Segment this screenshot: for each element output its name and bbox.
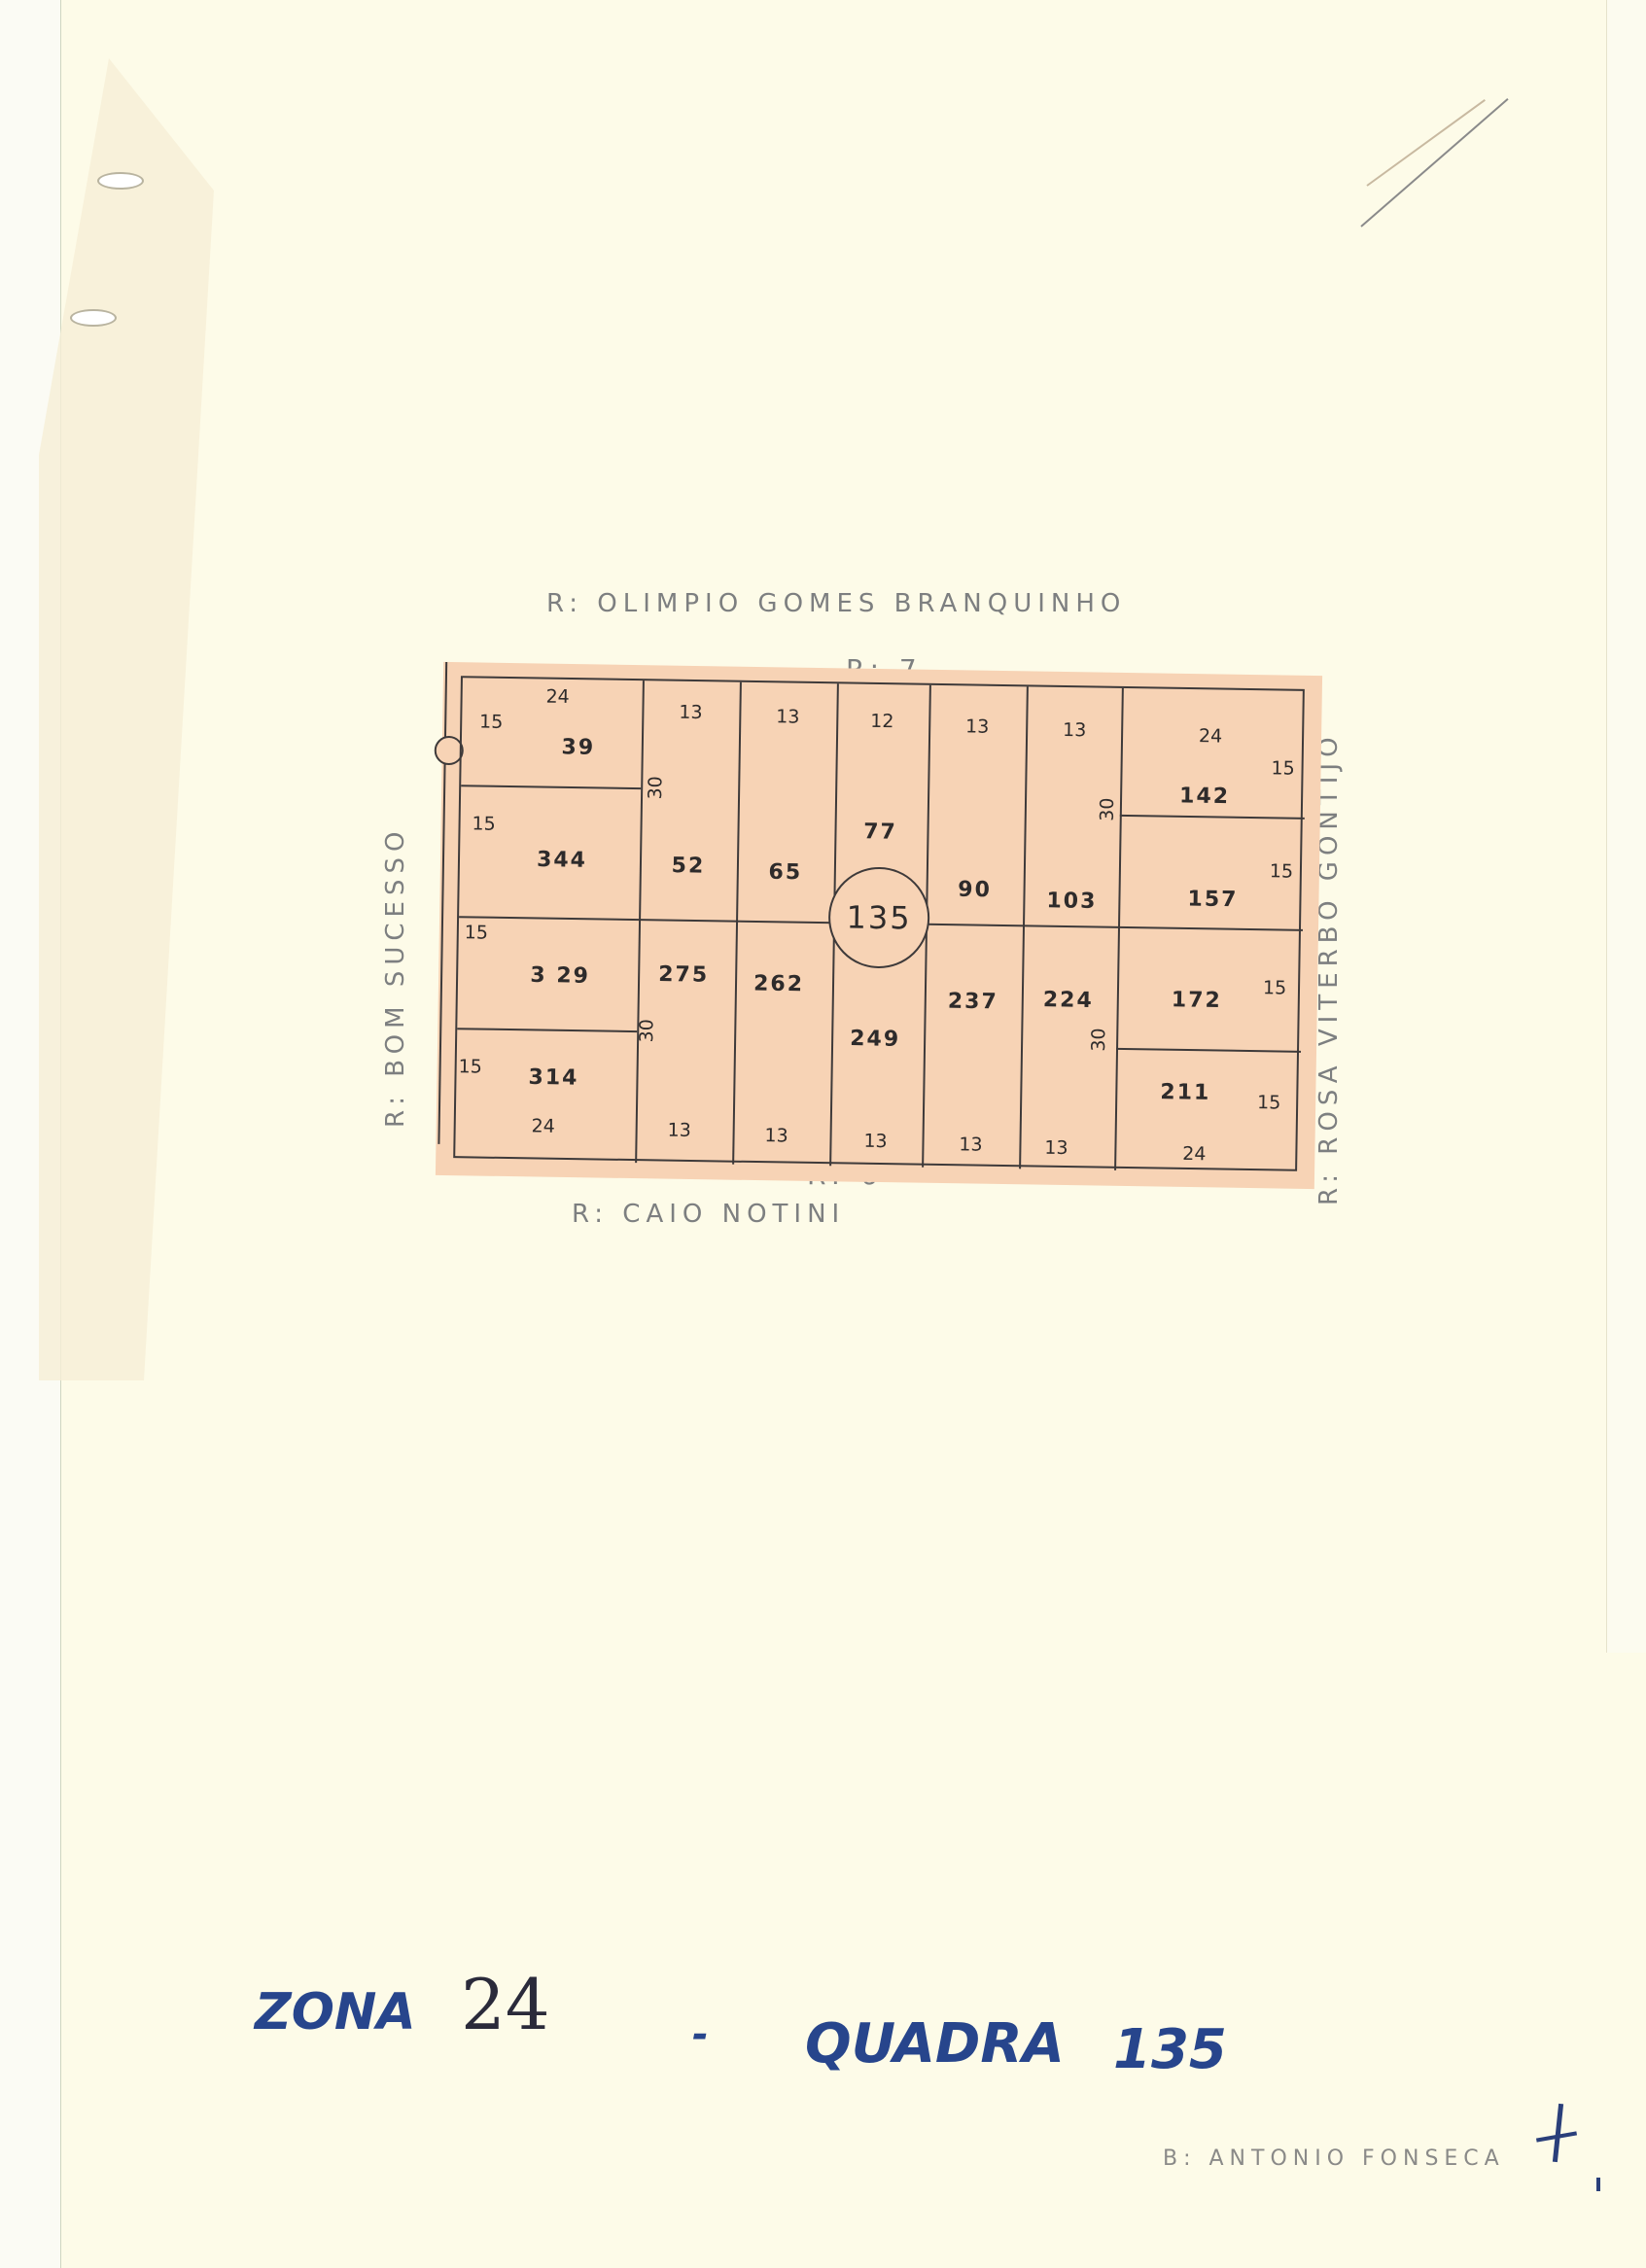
lot-divider <box>1114 688 1124 1170</box>
lot-39: 39 <box>561 735 595 760</box>
dim-left: 15 <box>479 712 504 733</box>
binder-hole-bottom <box>70 309 117 327</box>
lot-224: 224 <box>1043 988 1094 1013</box>
title-separator: - <box>692 2012 709 2057</box>
binder-hole-top <box>97 172 144 190</box>
pencil-check-mark-faint <box>1366 99 1486 187</box>
dim-top: 13 <box>679 702 703 723</box>
lot-90: 90 <box>958 878 992 903</box>
dim-depth: 30 <box>645 776 666 800</box>
lot-211: 211 <box>1160 1080 1210 1105</box>
block-map: 135 39 344 3 29 314 52 65 77 90 103 142 … <box>436 662 1322 1189</box>
ink-dot-mark <box>1596 2178 1600 2191</box>
lot-157: 157 <box>1187 887 1238 912</box>
dim-top: 12 <box>870 711 894 732</box>
lot-divider <box>732 682 742 1165</box>
zona-number: 24 <box>461 1964 550 2045</box>
dim-depth: 30 <box>636 1019 657 1043</box>
block-outline: 135 39 344 3 29 314 52 65 77 90 103 142 … <box>453 676 1305 1171</box>
lot-249: 249 <box>850 1027 900 1052</box>
dim-depth: 30 <box>1088 1028 1109 1052</box>
page-edge-right <box>1606 0 1646 1653</box>
lot-divider <box>457 1028 637 1032</box>
lot-65: 65 <box>768 860 802 886</box>
lot-77: 77 <box>863 820 897 845</box>
dim-bottom: 13 <box>959 1134 983 1155</box>
quadra-number: 135 <box>1113 2018 1227 2081</box>
lot-142: 142 <box>1179 784 1230 809</box>
lot-divider <box>635 680 645 1163</box>
dim-bottom: 24 <box>531 1115 555 1136</box>
dim-top: 13 <box>776 706 800 727</box>
dim-bottom: 24 <box>1182 1143 1207 1165</box>
lot-314: 314 <box>528 1065 578 1091</box>
zona-label: ZONA <box>255 1983 416 2041</box>
dim-left: 15 <box>458 1056 482 1077</box>
lot-103: 103 <box>1046 889 1097 914</box>
street-south-name: R: CAIO NOTINI <box>572 1200 845 1229</box>
dim-bottom: 13 <box>667 1120 691 1141</box>
pencil-check-mark <box>1360 98 1508 227</box>
dim-top: 13 <box>1063 719 1087 741</box>
dim-bottom: 13 <box>863 1131 888 1152</box>
dim-left: 15 <box>465 922 489 943</box>
dim-bottom: 13 <box>764 1125 788 1146</box>
quadra-label: QUADRA <box>805 2012 1065 2076</box>
lot-divider <box>1120 815 1305 820</box>
lot-divider <box>461 785 641 789</box>
dim-top: 24 <box>1199 725 1223 747</box>
lot-237: 237 <box>948 990 998 1015</box>
lot-262: 262 <box>753 971 804 996</box>
lot-divider <box>1116 1048 1301 1053</box>
lot-divider <box>1019 686 1029 1169</box>
lot-172: 172 <box>1172 988 1222 1013</box>
dim-right: 15 <box>1270 860 1294 882</box>
dim-left: 15 <box>472 813 496 834</box>
overlapping-page <box>39 58 214 1380</box>
street-west-name: R: BOM SUCESSO <box>381 826 410 1128</box>
street-north-name: R: OLIMPIO GOMES BRANQUINHO <box>546 589 1126 618</box>
neighborhood-label: B: ANTONIO FONSECA <box>1163 2146 1505 2171</box>
dim-right: 15 <box>1263 977 1287 998</box>
dim-top: 24 <box>545 686 570 708</box>
lot-275: 275 <box>658 962 709 988</box>
dim-top: 13 <box>965 715 990 737</box>
lot-329: 3 29 <box>530 963 590 989</box>
lot-52: 52 <box>671 854 705 879</box>
dim-depth: 30 <box>1097 797 1118 821</box>
west-road-line <box>438 662 447 1144</box>
dim-right: 15 <box>1257 1092 1281 1113</box>
block-number-circle: 135 <box>827 866 930 969</box>
dim-right: 15 <box>1271 757 1295 779</box>
dim-bottom: 13 <box>1044 1137 1068 1159</box>
lot-344: 344 <box>537 848 587 873</box>
